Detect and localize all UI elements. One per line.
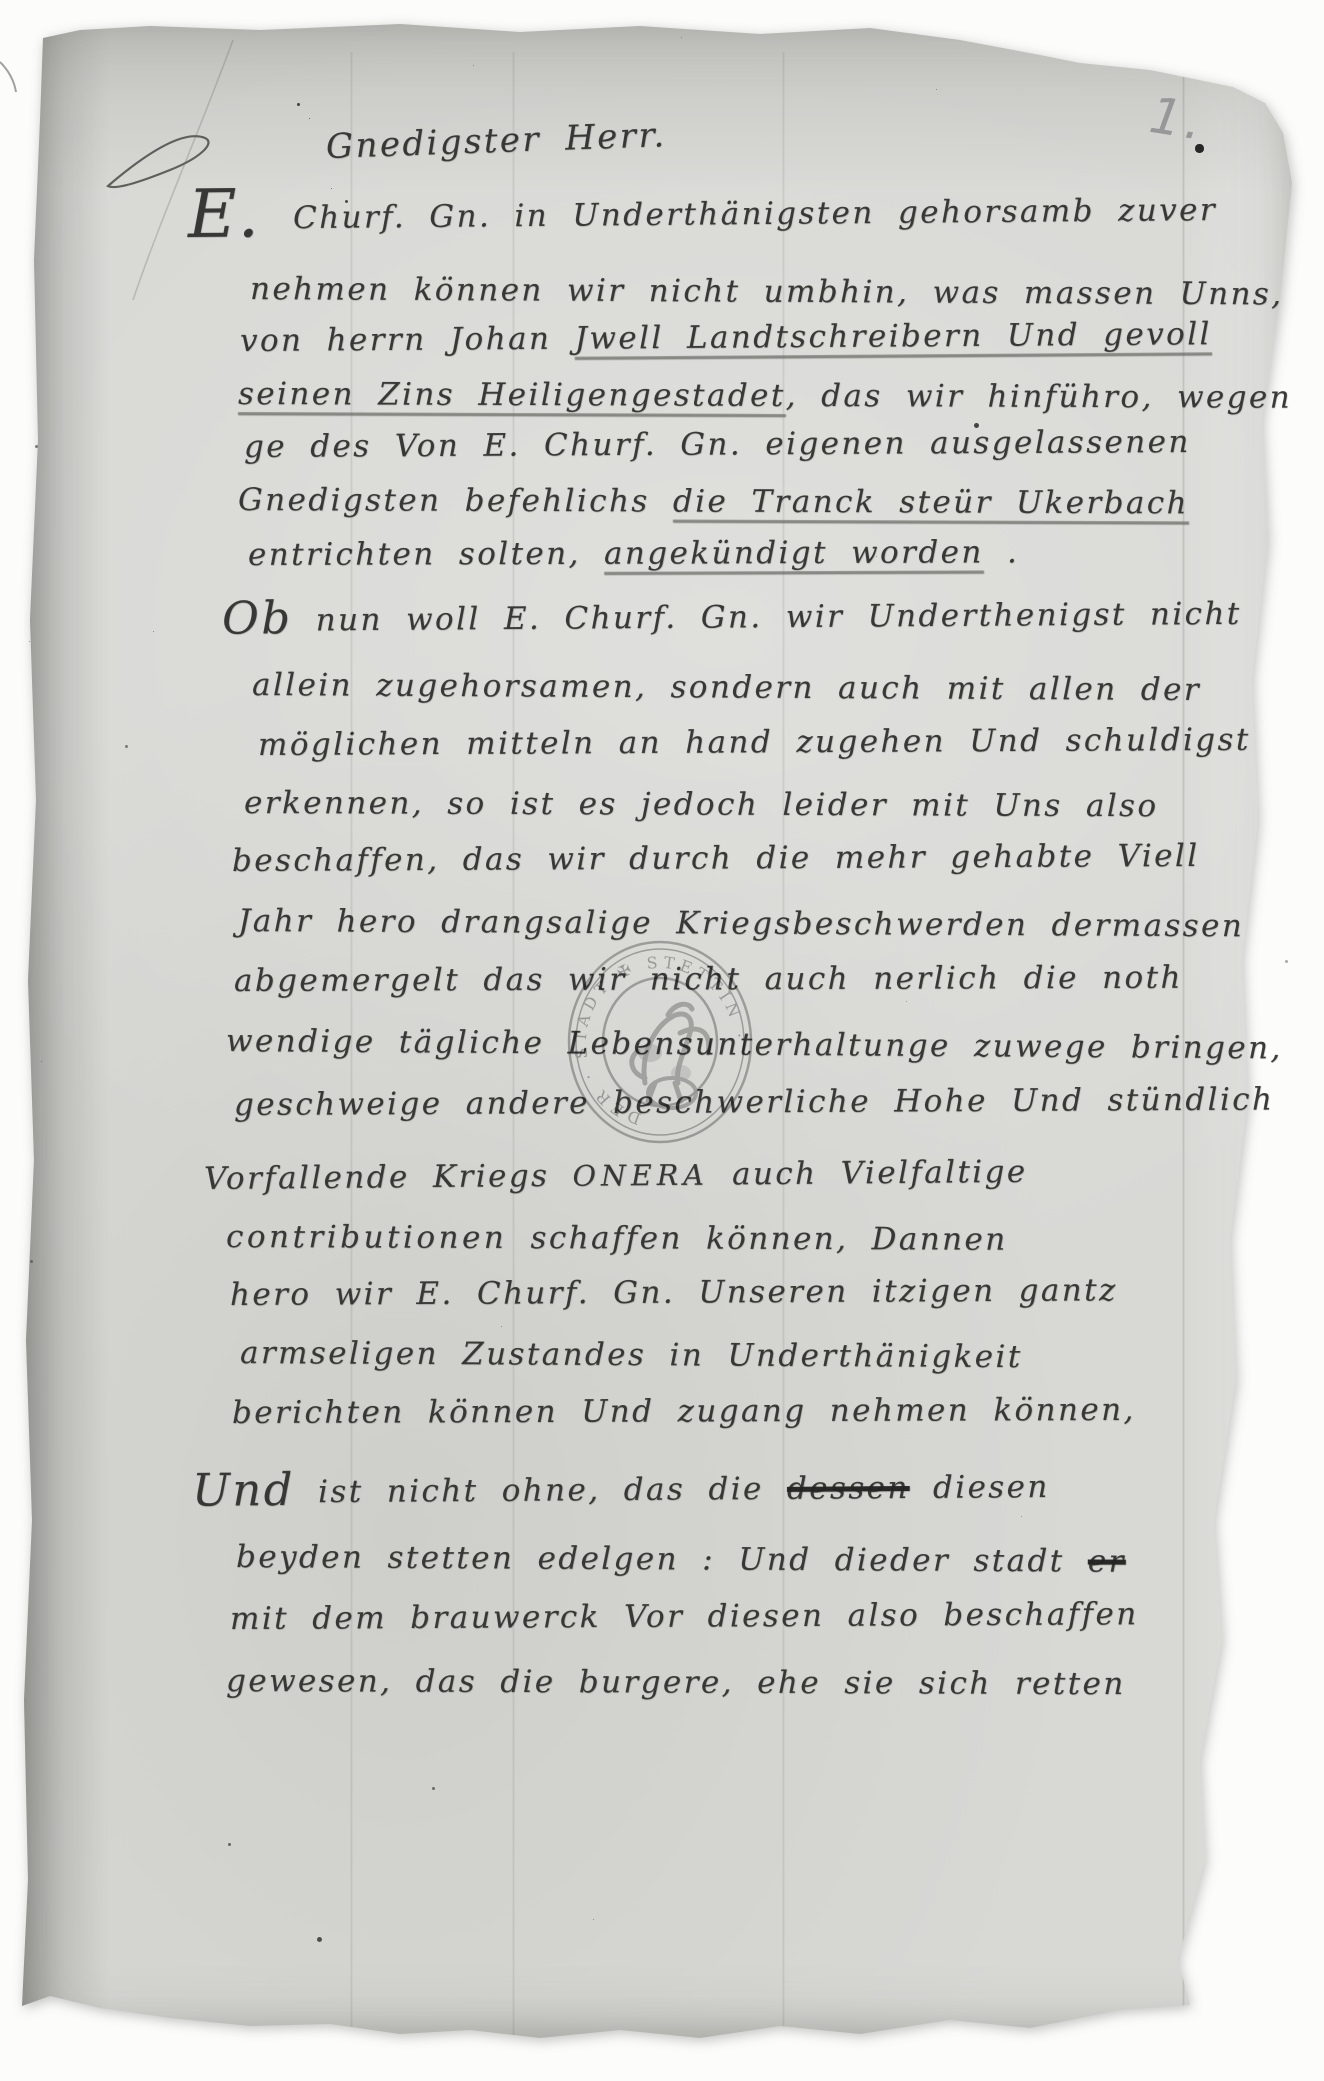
text-segment: ge des Von E. Churf. Gn. eigenen ausgela… [244, 424, 1191, 465]
text-segment: berichten können Und zugang nehmen könne… [232, 1392, 1136, 1431]
text-segment: auch Vielfaltige [709, 1154, 1028, 1193]
text-segment: Jwell Landtschreibern Und gevoll [574, 316, 1212, 356]
manuscript-line: gewesen, das die burgere, ehe sie sich r… [226, 1666, 1126, 1700]
manuscript-line: contributionen schaffen können, Dannen [226, 1222, 1008, 1256]
stamp-inner-ring [603, 978, 717, 1106]
manuscript-line: erkennen, so ist es jedoch leider mit Un… [244, 788, 1159, 822]
struck-word: er [1088, 1543, 1126, 1579]
manuscript-line: beyden stetten edelgen : Und dieder stad… [236, 1542, 1126, 1578]
archive-stamp: DER · STADT ✠ STETTIN · [560, 933, 760, 1151]
manuscript-line: nehmen können wir nicht umbhin, was mass… [250, 274, 1284, 310]
manuscript-line: hero wir E. Churf. Gn. Unseren itzigen g… [230, 1275, 1118, 1311]
struck-word: dessen [787, 1470, 910, 1507]
text-segment: möglichen mitteln an hand zugehen Und sc… [258, 722, 1251, 763]
text-segment: diesen [910, 1469, 1050, 1506]
text-segment: Ob [222, 591, 293, 644]
manuscript-line: seinen Zins Heiligengestadet, das wir hi… [238, 379, 1292, 414]
text-segment: . [984, 534, 1020, 570]
manuscript-line: möglichen mitteln an hand zugehen Und sc… [258, 725, 1251, 761]
manuscript-line: beschaffen, das wir durch die mehr gehab… [232, 841, 1200, 877]
text-segment: Gnedigsten befehlichs [238, 482, 673, 520]
manuscript-line: mit dem brauwerck Vor diesen also bescha… [230, 1599, 1139, 1635]
manuscript-line: allein zugehorsamen, sondern auch mit al… [252, 670, 1201, 706]
text-segment: seinen Zins Heiligengestadet [238, 376, 786, 414]
text-segment: allein zugehorsamen, sondern auch mit al… [252, 667, 1201, 708]
text-segment: armseligen Zustandes in Underthänigkeit [240, 1335, 1023, 1375]
manuscript-line: entrichten solten, angekündigt worden . [248, 537, 1019, 571]
manuscript-line: Ob nun woll E. Churf. Gn. wir Undertheni… [222, 599, 1242, 637]
manuscript-line: armseligen Zustandes in Underthänigkeit [240, 1338, 1023, 1373]
text-segment: die Tranck steür Ukerbach [673, 484, 1189, 522]
manuscript-line: berichten können Und zugang nehmen könne… [232, 1395, 1136, 1429]
document-scan: Gnedigster Herr.E. Churf. Gn. in Underth… [0, 0, 1324, 2081]
text-segment: , das wir hinführo, wegen [786, 378, 1293, 416]
manuscript-line: Und ist nicht ohne, das die dessen diese… [192, 1472, 1050, 1509]
text-segment: nun woll E. Churf. Gn. wir Underthenigst… [292, 596, 1241, 639]
griffin-motif [632, 1004, 709, 1108]
text-segment: hero wir E. Churf. Gn. Unseren itzigen g… [230, 1272, 1118, 1313]
manuscript-line: ge des Von E. Churf. Gn. eigenen ausgela… [244, 427, 1191, 463]
text-segment: nehmen können wir nicht umbhin, was mass… [250, 271, 1284, 312]
text-segment: mit dem brauwerck Vor diesen also bescha… [230, 1596, 1139, 1637]
text-segment: Vorfallende Kriegs [204, 1158, 573, 1197]
manuscript-line: Gnedigsten befehlichs die Tranck steür U… [238, 485, 1189, 519]
text-segment: contributionen [226, 1219, 507, 1256]
text-segment: ist nicht ohne, das die [295, 1471, 787, 1510]
text-segment: ONERA [572, 1159, 709, 1193]
manuscript-line: E. Churf. Gn. in Underthänigsten gehorsa… [188, 195, 1217, 235]
text-segment: beyden stetten edelgen : Und dieder stad… [236, 1539, 1088, 1579]
text-segment: von herrn Johan [240, 321, 575, 359]
text-segment: schaffen können, Dannen [507, 1220, 1007, 1258]
text-segment: E. [188, 174, 294, 253]
text-segment: gewesen, das die burgere, ehe sie sich r… [226, 1663, 1126, 1702]
page-number: 1. [1146, 86, 1210, 152]
text-segment: erkennen, so ist es jedoch leider mit Un… [244, 785, 1159, 824]
manuscript-line: Vorfallende Kriegs ONERA auch Vielfaltig… [204, 1157, 1028, 1195]
manuscript-line: von herrn Johan Jwell Landtschreibern Un… [240, 319, 1212, 357]
text-segment: entrichten solten, [248, 536, 604, 573]
stamp-outer-ring [569, 942, 751, 1142]
text-segment: beschaffen, das wir durch die mehr gehab… [232, 838, 1200, 879]
text-segment: angekündigt worden [604, 534, 984, 571]
text-segment: Und [192, 1463, 295, 1517]
